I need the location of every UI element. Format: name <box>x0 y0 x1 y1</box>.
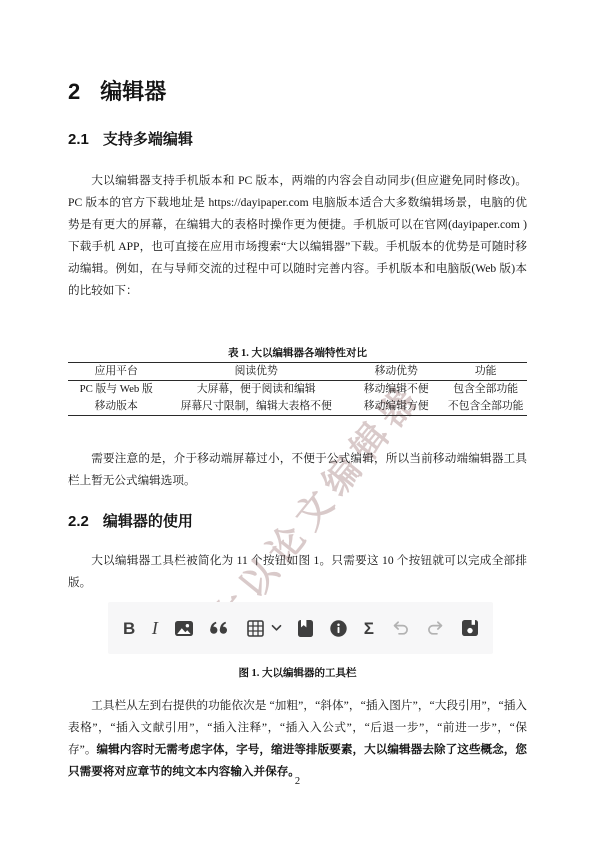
paragraph-multi-device: 大以编辑器支持手机版本和 PC 版本，两端的内容会自动同步(但应避免同时修改)。… <box>68 170 527 302</box>
chapter-number: 2 <box>68 78 80 106</box>
section-title: 编辑器的使用 <box>103 512 193 532</box>
table-header-row: 应用平台 阅读优势 移动优势 功能 <box>68 363 527 381</box>
table-cell: 移动编辑不便 <box>348 381 444 399</box>
italic-button: I <box>152 619 158 637</box>
undo-button <box>391 620 410 636</box>
image-icon <box>175 621 193 636</box>
table-cell: 不包含全部功能 <box>444 398 527 416</box>
italic-icon: I <box>152 619 158 637</box>
table-cell: 大屏幕，便于阅读和编辑 <box>164 381 348 399</box>
chapter-title: 编辑器 <box>100 78 166 106</box>
insert-annotation-button <box>330 620 347 637</box>
bold-icon: B <box>123 620 135 637</box>
table-header-mobility: 移动优势 <box>348 363 444 381</box>
blockquote-button <box>209 621 230 635</box>
paragraph-formula-note: 需要注意的是，介于移动端屏幕过小，不便于公式编辑，所以当前移动端编辑器工具栏上暂… <box>68 448 527 492</box>
chevron-down-icon <box>271 624 282 632</box>
table-row: PC 版与 Web 版 大屏幕，便于阅读和编辑 移动编辑不便 包含全部功能 <box>68 381 527 399</box>
paragraph-toolbar-functions: 工具栏从左到右提供的功能依次是 “加粗”，“斜体”，“插入图片”，“大段引用”，… <box>68 695 527 783</box>
blockquote-icon <box>209 621 230 635</box>
redo-button <box>426 620 445 636</box>
comparison-table: 应用平台 阅读优势 移动优势 功能 PC 版与 Web 版 大屏幕，便于阅读和编… <box>68 362 527 416</box>
table-cell: PC 版与 Web 版 <box>68 381 164 399</box>
redo-icon <box>426 620 445 636</box>
paragraph-toolbar-intro: 大以编辑器工具栏被简化为 11 个按钮如图 1。只需要这 10 个按钮就可以完成… <box>68 550 527 594</box>
table-caption: 表 1. 大以编辑器各端特性对比 <box>68 346 527 361</box>
table-header-reading: 阅读优势 <box>164 363 348 381</box>
section-number: 2.1 <box>68 130 89 150</box>
sigma-icon: Σ <box>364 620 374 637</box>
section-heading-2-2: 2.2 编辑器的使用 <box>68 512 527 532</box>
bold-button: B <box>123 620 135 637</box>
save-icon <box>462 620 478 636</box>
info-icon <box>330 620 347 637</box>
page-number: 2 <box>0 776 595 787</box>
chapter-heading: 2 编辑器 <box>68 78 527 106</box>
table-icon <box>247 620 264 637</box>
table-row: 移动版本 屏幕尺寸限制，编辑大表格不便 移动编辑方便 不包含全部功能 <box>68 398 527 416</box>
page-content: 2 编辑器 2.1 支持多端编辑 大以编辑器支持手机版本和 PC 版本，两端的内… <box>0 0 595 783</box>
editor-toolbar-image: B I <box>108 602 493 654</box>
section-number: 2.2 <box>68 512 89 532</box>
citation-book-icon <box>298 620 313 637</box>
insert-table-button <box>247 620 282 637</box>
section-heading-2-1: 2.1 支持多端编辑 <box>68 130 527 150</box>
table-cell: 屏幕尺寸限制，编辑大表格不便 <box>164 398 348 416</box>
table-cell: 移动编辑方便 <box>348 398 444 416</box>
table-header-platform: 应用平台 <box>68 363 164 381</box>
section-title: 支持多端编辑 <box>103 130 193 150</box>
figure-toolbar: B I <box>68 602 527 681</box>
insert-citation-button <box>298 620 313 637</box>
table-header-function: 功能 <box>444 363 527 381</box>
document-page: { "watermark": { "text": "大以论文编辑器", "col… <box>0 0 595 842</box>
figure-caption: 图 1. 大以编辑器的工具栏 <box>68 666 527 681</box>
table-cell: 移动版本 <box>68 398 164 416</box>
undo-icon <box>391 620 410 636</box>
save-button <box>462 620 478 636</box>
insert-image-button <box>175 621 193 636</box>
table-cell: 包含全部功能 <box>444 381 527 399</box>
paragraph-bold-run: 编辑内容时无需考虑字体，字号，缩进等排版要素，大以编辑器去除了这些概念，您只需要… <box>68 743 527 778</box>
insert-formula-button: Σ <box>364 620 374 637</box>
